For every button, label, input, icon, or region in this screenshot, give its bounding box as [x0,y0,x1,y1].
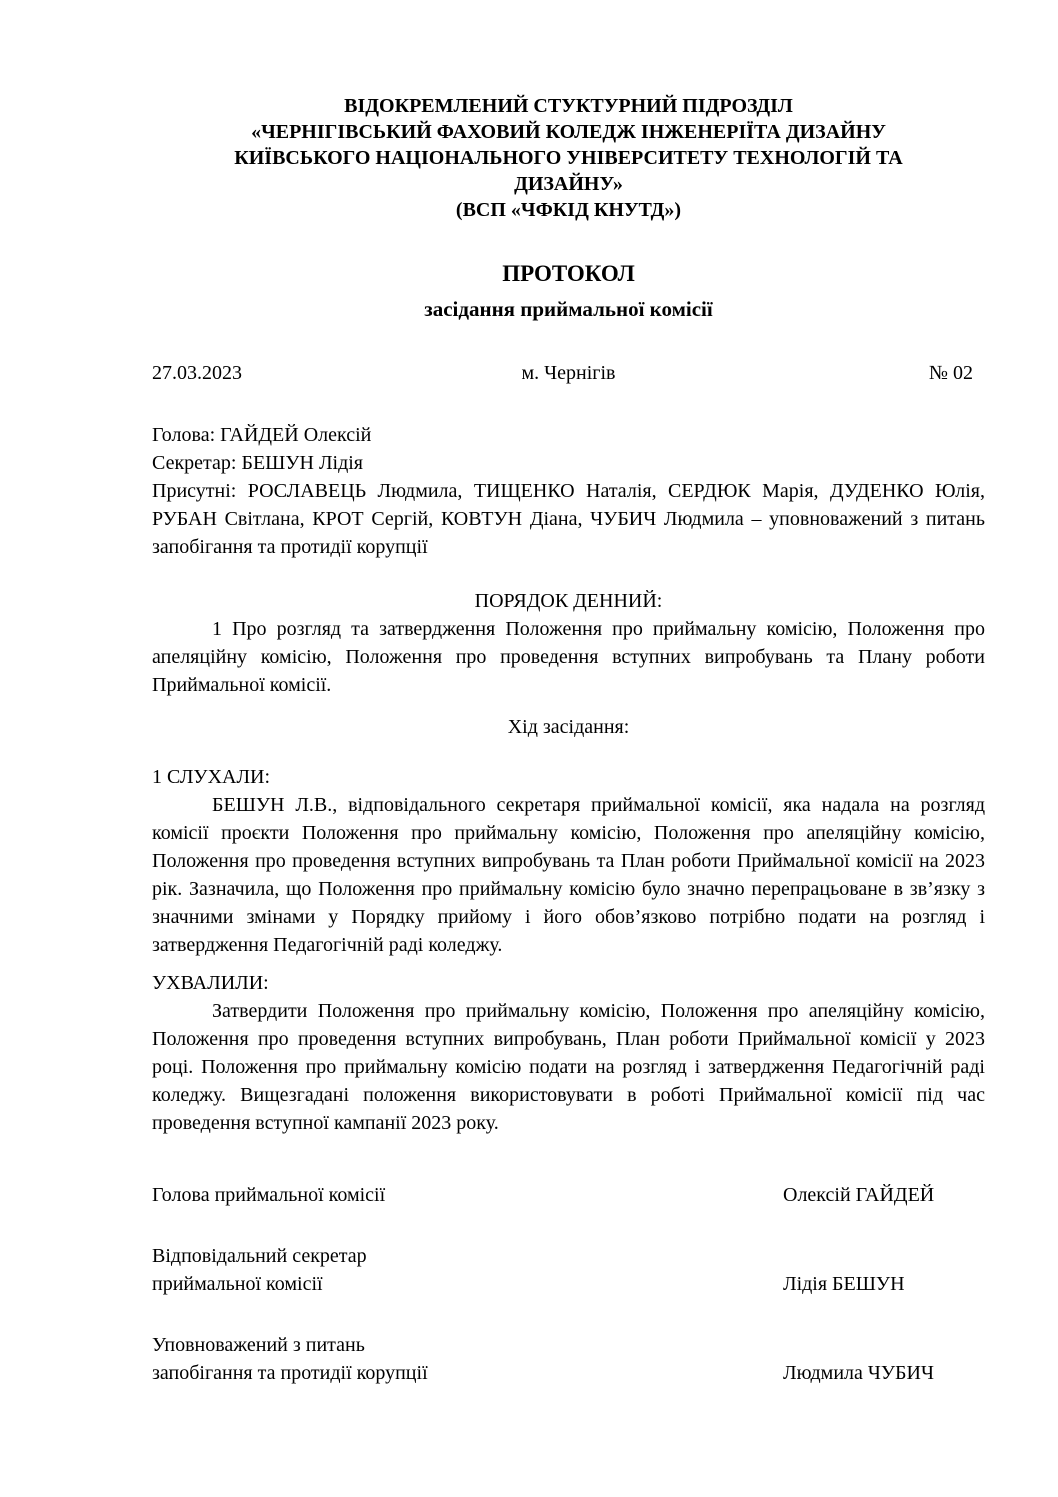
proceedings-heading: Хід засідання: [152,713,985,741]
signature-role: Голова приймальної комісії [152,1181,783,1209]
header-line: КИЇВСЬКОГО НАЦІОНАЛЬНОГО УНІВЕРСИТЕТУ ТЕ… [152,145,985,171]
signatures-section: Голова приймальної комісії Олексій ГАЙДЕ… [152,1181,985,1387]
document-header: ВІДОКРЕМЛЕНИЙ СТУКТУРНИЙ ПІДРОЗДІЛ «ЧЕРН… [152,93,985,223]
agenda-paragraph: 1 Про розгляд та затвердження Положення … [152,615,985,699]
participant-line-present: Присутні: РОСЛАВЕЦЬ Людмила, ТИЩЕНКО Нат… [152,477,985,561]
header-line: (ВСП «ЧФКІД КНУТД») [152,197,985,223]
signature-name: Лідія БЕШУН [783,1270,985,1298]
resolved-paragraph: Затвердити Положення про приймальну комі… [152,997,985,1137]
page-title: ПРОТОКОЛ [152,259,985,289]
heard-paragraph: БЕШУН Л.В., відповідального секретаря пр… [152,791,985,959]
signature-row: Голова приймальної комісії Олексій ГАЙДЕ… [152,1181,985,1209]
signature-name: Людмила ЧУБИЧ [783,1359,985,1387]
signature-name: Олексій ГАЙДЕЙ [783,1181,985,1209]
signature-row: Відповідальний секретар приймальної комі… [152,1242,985,1298]
resolved-heading: УХВАЛИЛИ: [152,969,985,997]
participant-line-head: Голова: ГАЙДЕЙ Олексій [152,421,985,449]
doc-date: 27.03.2023 [152,359,430,387]
document-page: ВІДОКРЕМЛЕНИЙ СТУКТУРНИЙ ПІДРОЗДІЛ «ЧЕРН… [0,0,1058,1497]
doc-place: м. Чернігів [430,359,708,387]
date-row: 27.03.2023 м. Чернігів № 02 [152,359,985,387]
header-line: ДИЗАЙНУ» [152,171,985,197]
participant-line-secretary: Секретар: БЕШУН Лідія [152,449,985,477]
signature-role: Уповноважений з питань запобігання та пр… [152,1331,783,1387]
signature-role: Відповідальний секретар приймальної комі… [152,1242,783,1298]
doc-number: № 02 [707,359,985,387]
header-line: ВІДОКРЕМЛЕНИЙ СТУКТУРНИЙ ПІДРОЗДІЛ [152,93,985,119]
participants-section: Голова: ГАЙДЕЙ Олексій Секретар: БЕШУН Л… [152,421,985,561]
signature-row: Уповноважений з питань запобігання та пр… [152,1331,985,1387]
page-subtitle: засідання приймальної комісії [152,295,985,323]
agenda-heading: ПОРЯДОК ДЕННИЙ: [152,587,985,615]
heard-heading: 1 СЛУХАЛИ: [152,763,985,791]
header-line: «ЧЕРНІГІВСЬКИЙ ФАХОВИЙ КОЛЕДЖ ІНЖЕНЕРІЇТ… [152,119,985,145]
